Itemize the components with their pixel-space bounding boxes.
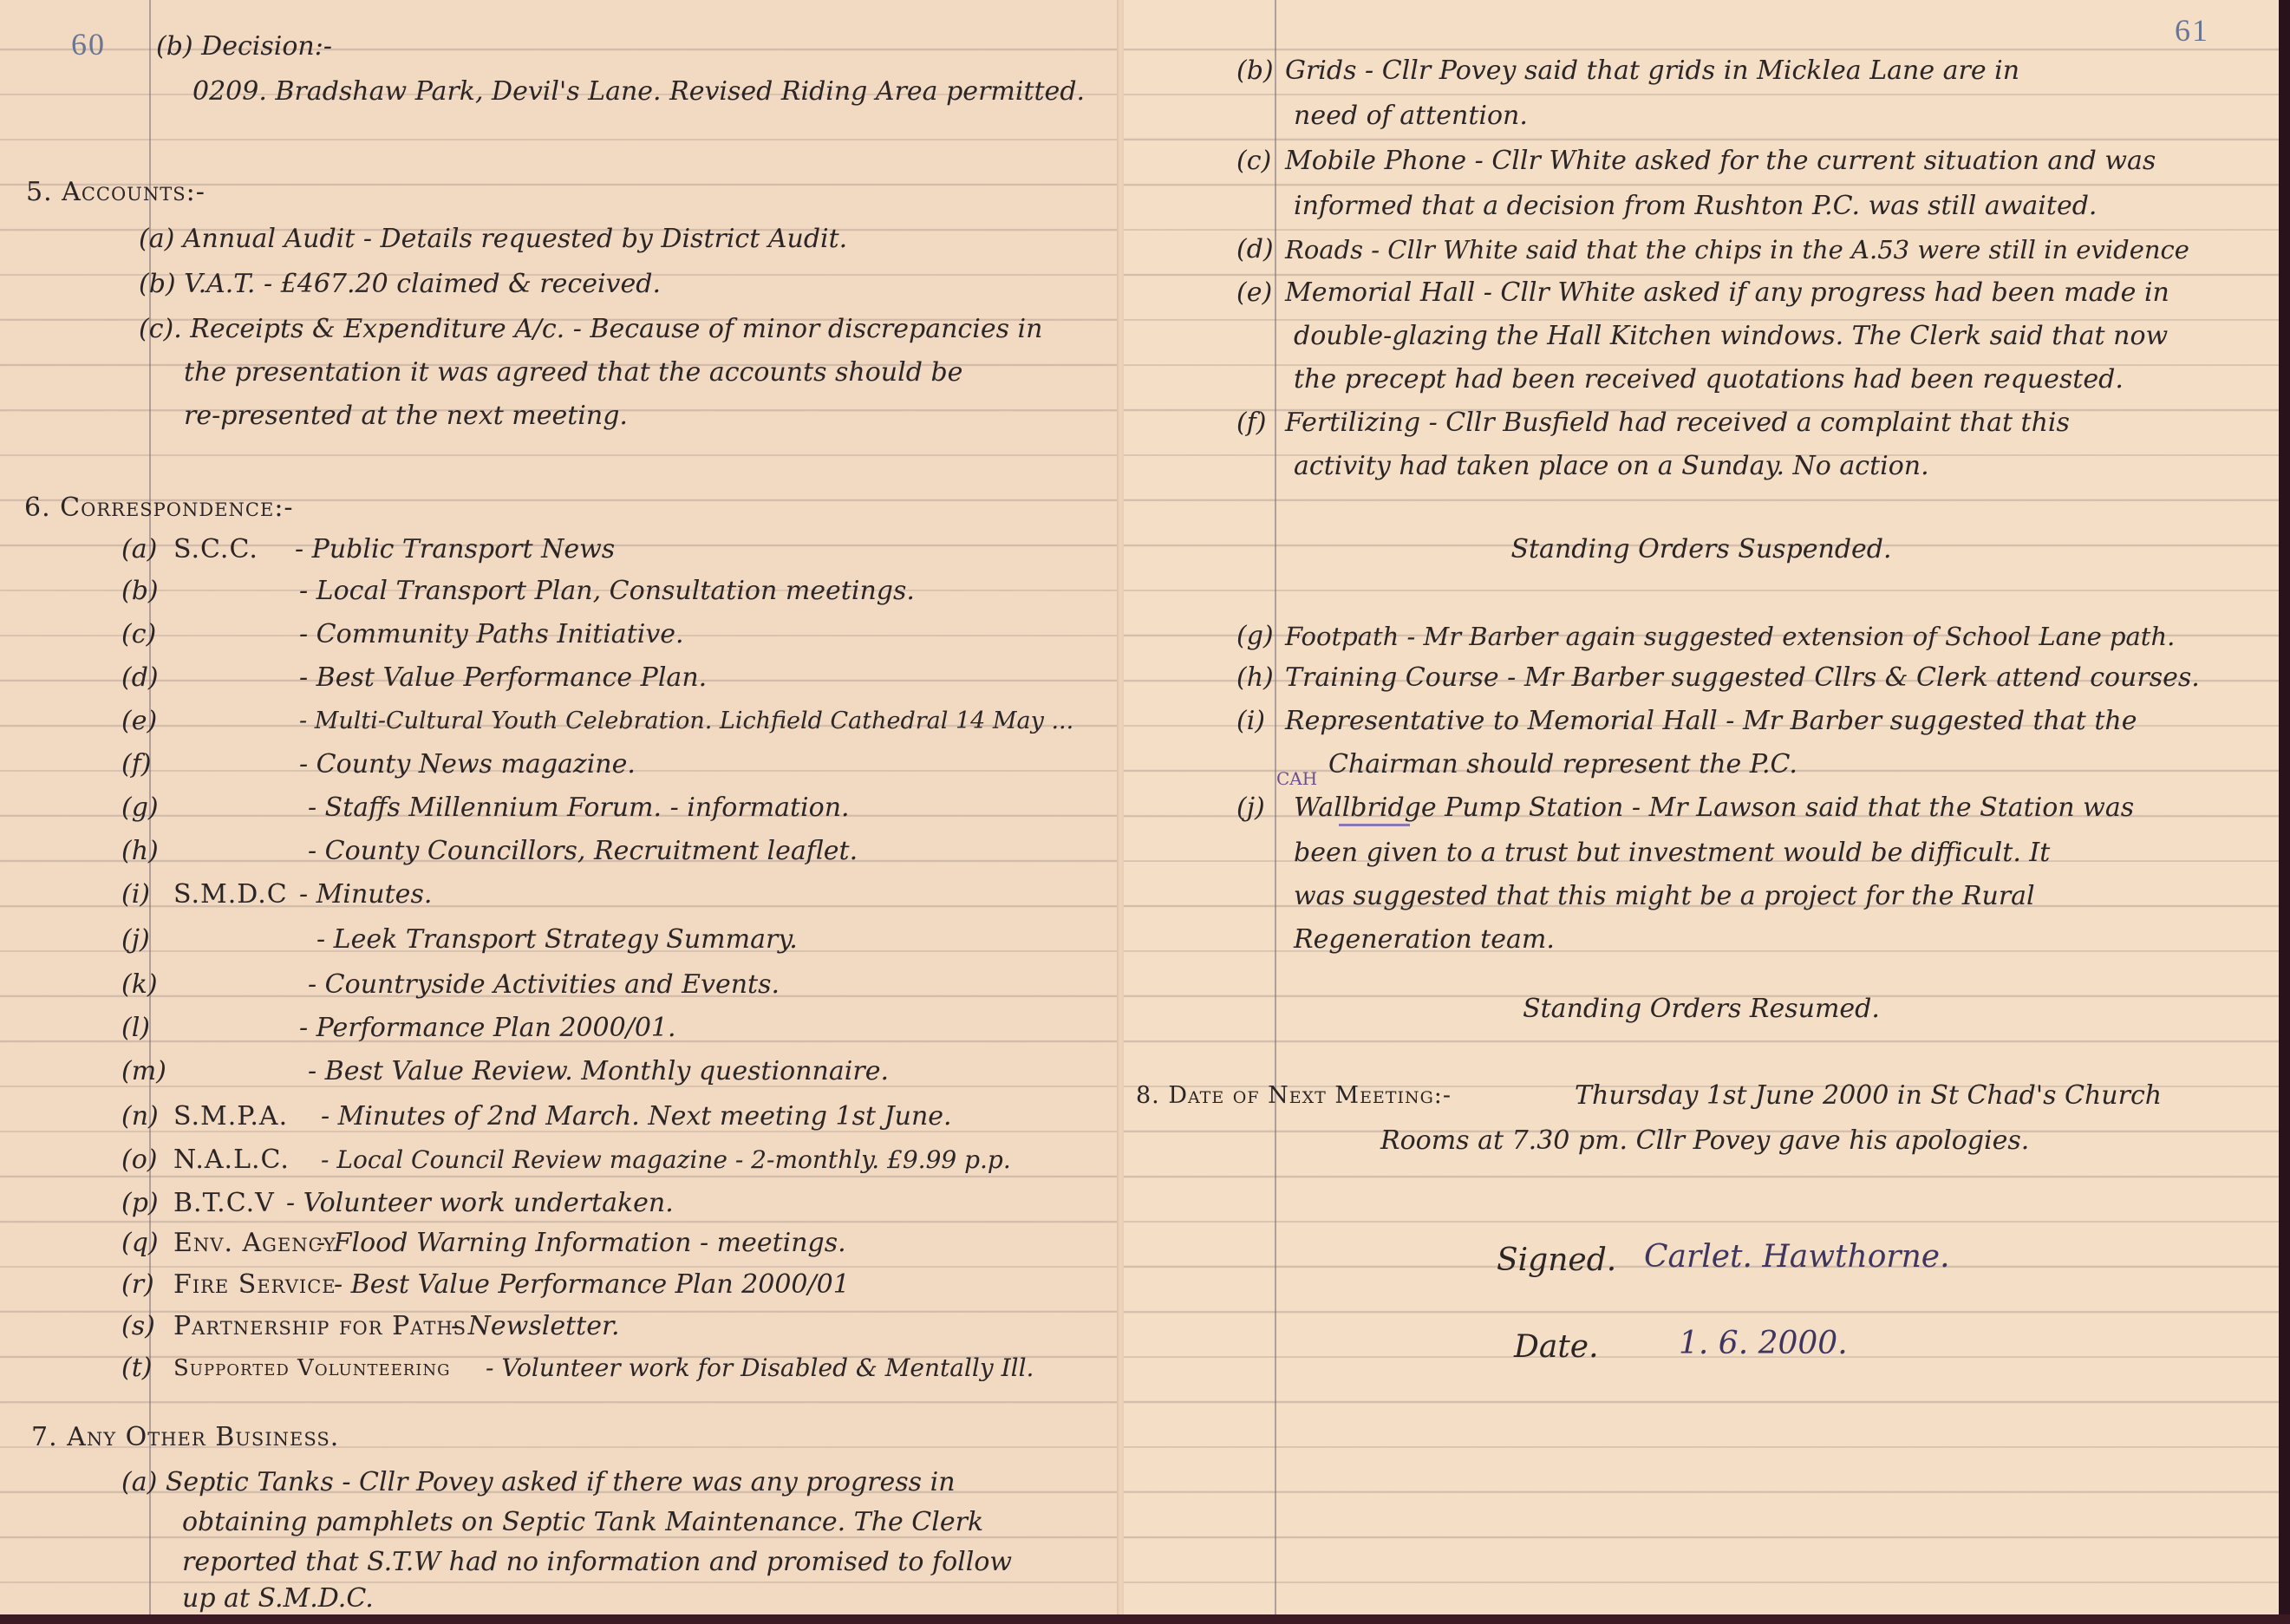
date-label: Date. <box>1514 1325 1599 1370</box>
item-5c-line2: the presentation it was agreed that the … <box>184 350 962 395</box>
item-7e-line1: Memorial Hall - Cllr White asked if any … <box>1285 271 2169 316</box>
item-7c-line2: informed that a decision from Rushton P.… <box>1294 184 2097 229</box>
item-7j-label: (j) <box>1236 786 1265 831</box>
correspondence-label: (f) <box>121 742 152 787</box>
correspondence-from: Fire Service <box>173 1262 336 1308</box>
page-number-left: 60 <box>71 26 106 62</box>
correspondence-item: - Flood Warning Information - meetings. <box>316 1221 846 1266</box>
item-7j-line2: been given to a trust but investment wou… <box>1294 831 2050 876</box>
correspondence-item: - Public Transport News <box>295 527 615 572</box>
section-8-heading: 8. Date of Next Meeting:- <box>1136 1073 1452 1119</box>
item-7g-label: (g) <box>1236 614 1274 659</box>
item-7j-text: Wallbridge Pump Station - Mr Lawson said… <box>1294 792 2134 823</box>
right-page: 61 (b) Grids - Cllr Povey said that grid… <box>1124 0 2279 1614</box>
correspondence-label: (m) <box>121 1049 166 1094</box>
item-7h-label: (h) <box>1236 655 1274 701</box>
standing-orders-resumed: Standing Orders Resumed. <box>1124 987 2279 1032</box>
item-7a-line2: obtaining pamphlets on Septic Tank Maint… <box>182 1500 983 1545</box>
section-7-heading: 7. Any Other Business. <box>31 1415 339 1460</box>
correspondence-item: - Local Council Review magazine - 2-mont… <box>321 1138 1011 1183</box>
correspondence-item: - Countryside Activities and Events. <box>308 962 780 1008</box>
correspondence-label: (l) <box>121 1006 150 1051</box>
item-7i-label: (i) <box>1236 699 1265 744</box>
item-7b-line1: Grids - Cllr Povey said that grids in Mi… <box>1285 49 2019 94</box>
correspondence-label: (c) <box>121 612 156 657</box>
item-7c-label: (c) <box>1236 139 1271 184</box>
item-7j-line3: was suggested that this might be a proje… <box>1294 874 2035 919</box>
item-7e-line2: double-glazing the Hall Kitchen windows.… <box>1294 314 2168 359</box>
item-7e-label: (e) <box>1236 271 1272 316</box>
correspondence-item: - County News magazine. <box>299 742 636 787</box>
correspondence-from: Supported Volunteering <box>173 1346 451 1391</box>
signature-name: Carlet. Hawthorne. <box>1644 1235 1950 1280</box>
item-7j-line1: Wallbridge Pump Station - Mr Lawson said… <box>1294 786 2134 831</box>
item-7h-line1: Training Course - Mr Barber suggested Cl… <box>1285 655 2200 701</box>
correspondence-from: Partnership for Paths <box>173 1304 466 1349</box>
item-7g-line1: Footpath - Mr Barber again suggested ext… <box>1285 614 2175 659</box>
right-margin-line <box>1275 0 1276 1614</box>
correspondence-item: - Best Value Performance Plan 2000/01 <box>334 1262 850 1308</box>
correspondence-from: N.A.L.C. <box>173 1138 290 1183</box>
section-6-heading: 6. Correspondence:- <box>24 486 294 531</box>
item-7f-label: (f) <box>1236 401 1267 446</box>
correspondence-label: (s) <box>121 1304 155 1349</box>
item-7a-line1: (a) Septic Tanks - Cllr Povey asked if t… <box>121 1460 956 1505</box>
page-number-right: 61 <box>2175 12 2209 49</box>
correspondence-label: (j) <box>121 917 150 962</box>
minute-book-spread: 60 (b) Decision:- 0209. Bradshaw Park, D… <box>0 0 2290 1624</box>
item-7b-label: (b) <box>1236 49 1274 94</box>
section-5-heading: 5. Accounts:- <box>26 170 206 215</box>
item-7f-line1: Fertilizing - Cllr Busfield had received… <box>1285 401 2070 446</box>
correspondence-item: - Community Paths Initiative. <box>299 612 684 657</box>
book-cover-edge-bottom <box>0 1614 2290 1624</box>
correspondence-item: - Minutes of 2nd March. Next meeting 1st… <box>321 1094 952 1139</box>
correspondence-from: Env. Agency <box>173 1221 336 1266</box>
correspondence-item: - Best Value Performance Plan. <box>299 655 707 701</box>
item-7j-line4: Regeneration team. <box>1294 917 1555 962</box>
correspondence-item: - Local Transport Plan, Consultation mee… <box>299 569 915 614</box>
left-page: 60 (b) Decision:- 0209. Bradshaw Park, D… <box>0 0 1119 1614</box>
correspondence-item: - Newsletter. <box>451 1304 620 1349</box>
item-5c-line1: (c). Receipts & Expenditure A/c. - Becau… <box>139 307 1042 352</box>
signed-label: Signed. <box>1497 1238 1616 1283</box>
correspondence-item: - Minutes. <box>299 872 432 917</box>
correspondence-item: - Multi-Cultural Youth Celebration. Lich… <box>299 699 1073 744</box>
date-value: 1. 6. 2000. <box>1679 1321 1848 1366</box>
item-4b-body: 0209. Bradshaw Park, Devil's Lane. Revis… <box>192 69 1085 114</box>
standing-orders-suspended: Standing Orders Suspended. <box>1124 527 2279 572</box>
correspondence-item: - Performance Plan 2000/01. <box>299 1006 676 1051</box>
correspondence-label: (o) <box>121 1138 157 1183</box>
book-cover-edge-right <box>2279 0 2290 1624</box>
correspondence-label: (e) <box>121 699 157 744</box>
correspondence-label: (t) <box>121 1346 152 1391</box>
correspondence-item: - Staffs Millennium Forum. - information… <box>308 786 850 831</box>
item-7b-line2: need of attention. <box>1294 94 1528 139</box>
item-7e-line3: the precept had been received quotations… <box>1294 357 2124 402</box>
correspondence-label: (g) <box>121 786 159 831</box>
correspondence-from: S.M.D.C <box>173 872 288 917</box>
correspondence-label: (a) <box>121 527 157 572</box>
item-7i-line1: Representative to Memorial Hall - Mr Bar… <box>1285 699 2137 744</box>
item-7c-line1: Mobile Phone - Cllr White asked for the … <box>1285 139 2156 184</box>
item-7d-line1: Roads - Cllr White said that the chips i… <box>1285 227 2189 272</box>
correspondence-label: (h) <box>121 829 159 874</box>
correspondence-label: (p) <box>121 1181 159 1226</box>
correspondence-label: (i) <box>121 872 150 917</box>
item-7d-label: (d) <box>1236 227 1274 272</box>
item-7f-line2: activity had taken place on a Sunday. No… <box>1294 444 1929 489</box>
annotation-underline <box>1339 824 1410 826</box>
correspondence-label: (k) <box>121 962 158 1008</box>
correspondence-item: - Volunteer work undertaken. <box>286 1181 674 1226</box>
item-5a: (a) Annual Audit - Details requested by … <box>139 217 847 262</box>
correspondence-label: (n) <box>121 1094 159 1139</box>
next-meeting-line1: Thursday 1st June 2000 in St Chad's Chur… <box>1575 1073 2162 1119</box>
item-5b: (b) V.A.T. - £467.20 claimed & received. <box>139 262 661 307</box>
correspondence-item: - Best Value Review. Monthly questionnai… <box>308 1049 889 1094</box>
next-meeting-line2: Rooms at 7.30 pm. Cllr Povey gave his ap… <box>1380 1119 2029 1164</box>
correspondence-label: (b) <box>121 569 159 614</box>
correspondence-label: (r) <box>121 1262 154 1308</box>
correspondence-from: B.T.C.V <box>173 1181 275 1226</box>
correspondence-label: (q) <box>121 1221 159 1266</box>
correspondence-label: (d) <box>121 655 159 701</box>
correspondence-from: S.C.C. <box>173 527 258 572</box>
item-7i-line2: Chairman should represent the P.C. <box>1328 742 1797 787</box>
correspondence-item: - Volunteer work for Disabled & Mentally… <box>486 1346 1034 1391</box>
item-5c-line3: re-presented at the next meeting. <box>184 394 628 439</box>
item-4b-heading: (b) Decision:- <box>156 24 332 69</box>
correspondence-from: S.M.P.A. <box>173 1094 288 1139</box>
correspondence-item: - County Councillors, Recruitment leafle… <box>308 829 858 874</box>
correspondence-item: - Leek Transport Strategy Summary. <box>316 917 798 962</box>
